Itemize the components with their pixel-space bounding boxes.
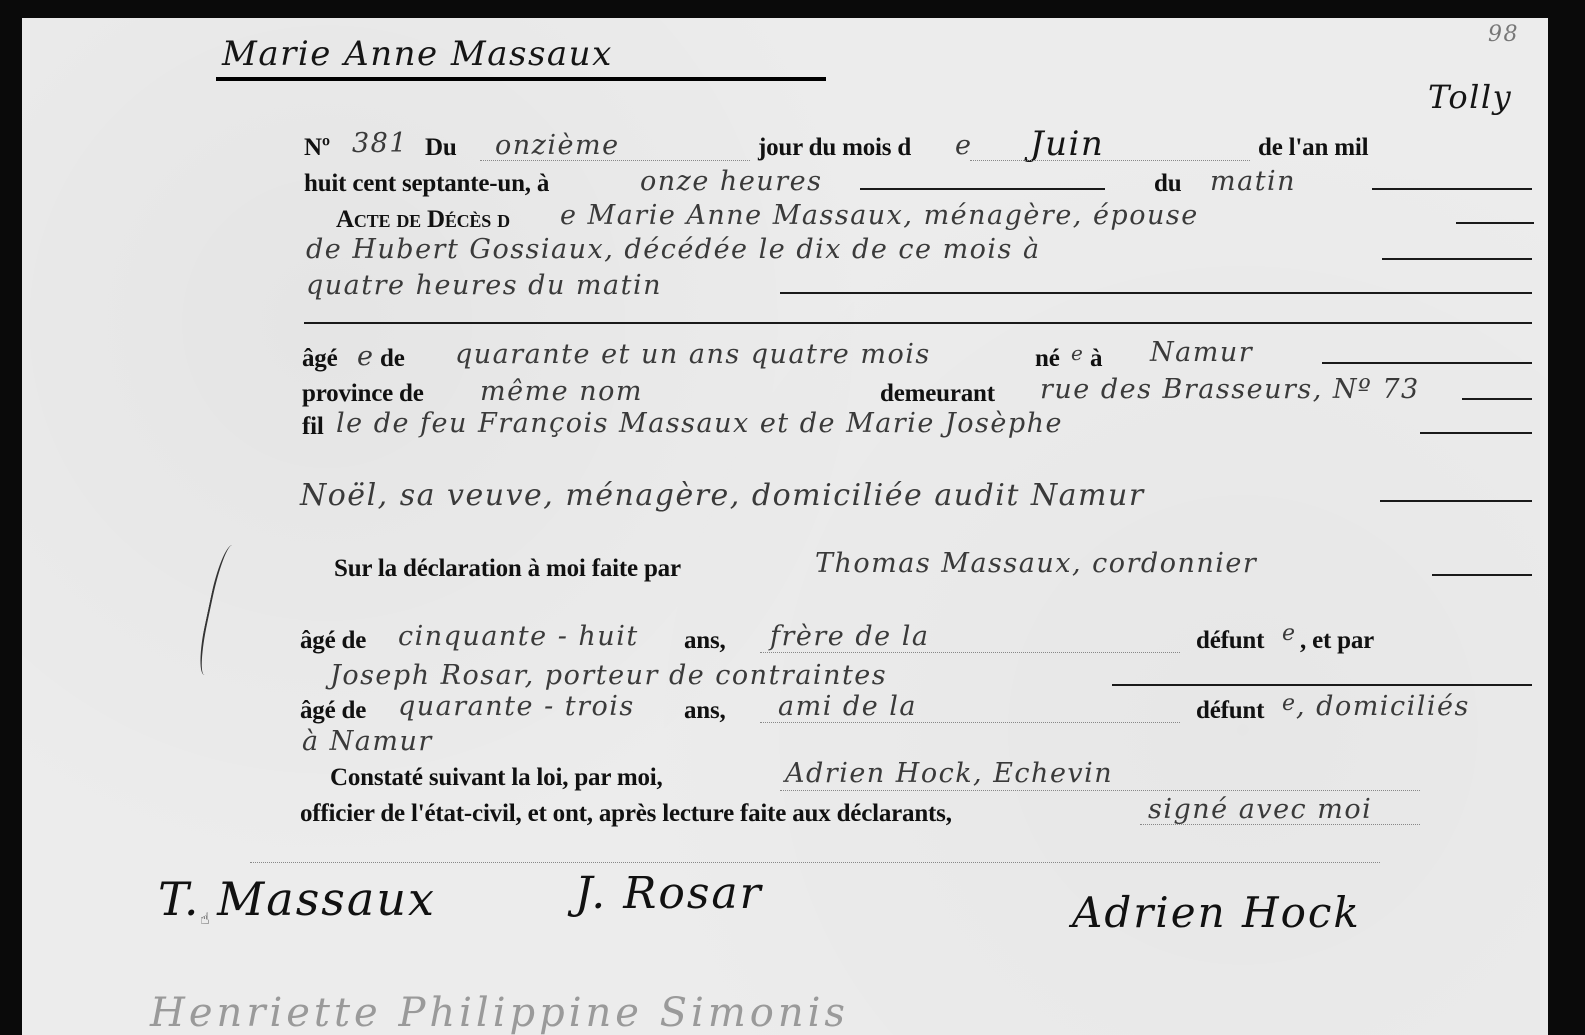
fill-rule [1322, 362, 1532, 364]
et-par-label: , et par [1300, 627, 1374, 655]
period-value: matin [1210, 166, 1296, 197]
fill-rule [1456, 222, 1534, 224]
fill-line [480, 160, 750, 161]
record-number: 381 [352, 128, 408, 159]
declarant2-relation: ami de la [778, 691, 917, 722]
margin-name-underline [216, 77, 826, 81]
ans-label-2: ans, [684, 697, 726, 725]
age-label: âgé [302, 345, 338, 373]
hand-cursor-icon: ☝ [200, 910, 214, 928]
officer-value: Adrien Hock, Echevin [785, 758, 1113, 789]
ne-suffix: e [1071, 341, 1084, 365]
address-value: rue des Brasseurs, Nº 73 [1040, 374, 1420, 405]
fill-rule [780, 292, 1532, 294]
fill-line [1140, 824, 1420, 825]
fill-rule [1382, 258, 1532, 260]
declarant1-value: Thomas Massaux, cordonnier [815, 548, 1257, 579]
ans-label: ans, [684, 627, 726, 655]
fill-rule [1462, 398, 1532, 400]
du-label: Du [425, 134, 457, 162]
declarant1-age-value: cinquante - huit [398, 621, 639, 652]
next-record-fragment: Henriette Philippine Simonis [150, 990, 849, 1035]
fill-line [760, 722, 1180, 723]
ne-label: né [1035, 345, 1060, 373]
scan-border-right [1548, 0, 1585, 1035]
demeurant-label: demeurant [880, 380, 995, 408]
signature-officer: Adrien Hock [1072, 888, 1361, 937]
month-value: Juin [1030, 124, 1104, 164]
fill-rule [1432, 574, 1532, 576]
residence-value: à Namur [302, 726, 433, 757]
birthplace-value: Namur [1150, 337, 1253, 368]
parents-value: le de feu François Massaux et de Marie J… [336, 408, 1063, 439]
death-time: quatre heures du matin [306, 270, 662, 301]
province-label: province de [302, 380, 424, 408]
defunt-suffix: e [1282, 621, 1297, 646]
province-value: même nom [480, 376, 643, 407]
corner-initials: Tolly [1428, 78, 1512, 116]
deceased-info: e Marie Anne Massaux, ménagère, épouse [560, 200, 1199, 231]
domicilies-value: , domiciliés [1296, 691, 1470, 722]
declarant2-value: Joseph Rosar, porteur de contraintes [330, 660, 887, 691]
year-label-start: de l'an mil [1258, 134, 1368, 162]
section-divider [304, 322, 1532, 324]
scan-border-left [0, 0, 22, 1035]
declarant2-age-label: âgé de [300, 697, 366, 725]
a-label: à [1090, 345, 1102, 373]
acte-de-deces-label: Acte de Décès d [336, 206, 510, 234]
fill-rule [1372, 188, 1532, 190]
jour-du-mois-label: jour du mois d [758, 134, 911, 162]
signature-declarant2: J. Rosar [575, 868, 763, 919]
signed-value: signé avec moi [1148, 794, 1372, 825]
mother-info: Noël, sa veuve, ménagère, domiciliée aud… [300, 478, 1145, 513]
fill-rule [1112, 684, 1532, 686]
declarant2-age-value: quarante - trois [398, 691, 635, 722]
fill-line [970, 160, 1250, 161]
scan-border-top [0, 0, 1585, 18]
age-value: quarante et un ans quatre mois [455, 339, 931, 370]
declarant1-age-label: âgé de [300, 627, 366, 655]
fill-line [780, 790, 1420, 791]
year-text: huit cent septante-un, à [304, 170, 549, 198]
fill-rule [860, 188, 1105, 190]
defunt-suffix-2: e [1282, 691, 1297, 716]
defunt-label: défunt [1196, 627, 1264, 655]
fil-label: fil [302, 413, 324, 441]
hour-value: onze heures [640, 166, 822, 197]
de-label: de [380, 345, 405, 373]
age-suffix: e [357, 341, 374, 372]
declaration-label: Sur la déclaration à moi faite par [334, 555, 681, 583]
margin-name: Marie Anne Massaux [222, 34, 613, 74]
defunt-label-2: défunt [1196, 697, 1264, 725]
folio-number: 98 [1488, 22, 1519, 47]
fill-rule [1380, 500, 1532, 502]
number-label: Nº [304, 134, 330, 162]
fill-rule [1420, 432, 1532, 434]
spouse-info: de Hubert Gossiaux, décédée le dix de ce… [306, 234, 1041, 265]
day-value: onzième [495, 130, 620, 161]
fill-line [760, 652, 1180, 653]
officer-label: Constaté suivant la loi, par moi, [330, 764, 663, 792]
month-suffix: e [955, 130, 972, 161]
du-label-2: du [1154, 170, 1181, 198]
signature-guide [250, 862, 1380, 863]
officer-declarants-label: officier de l'état-civil, et ont, après … [300, 800, 952, 828]
declarant1-relation: frère de la [770, 621, 929, 652]
